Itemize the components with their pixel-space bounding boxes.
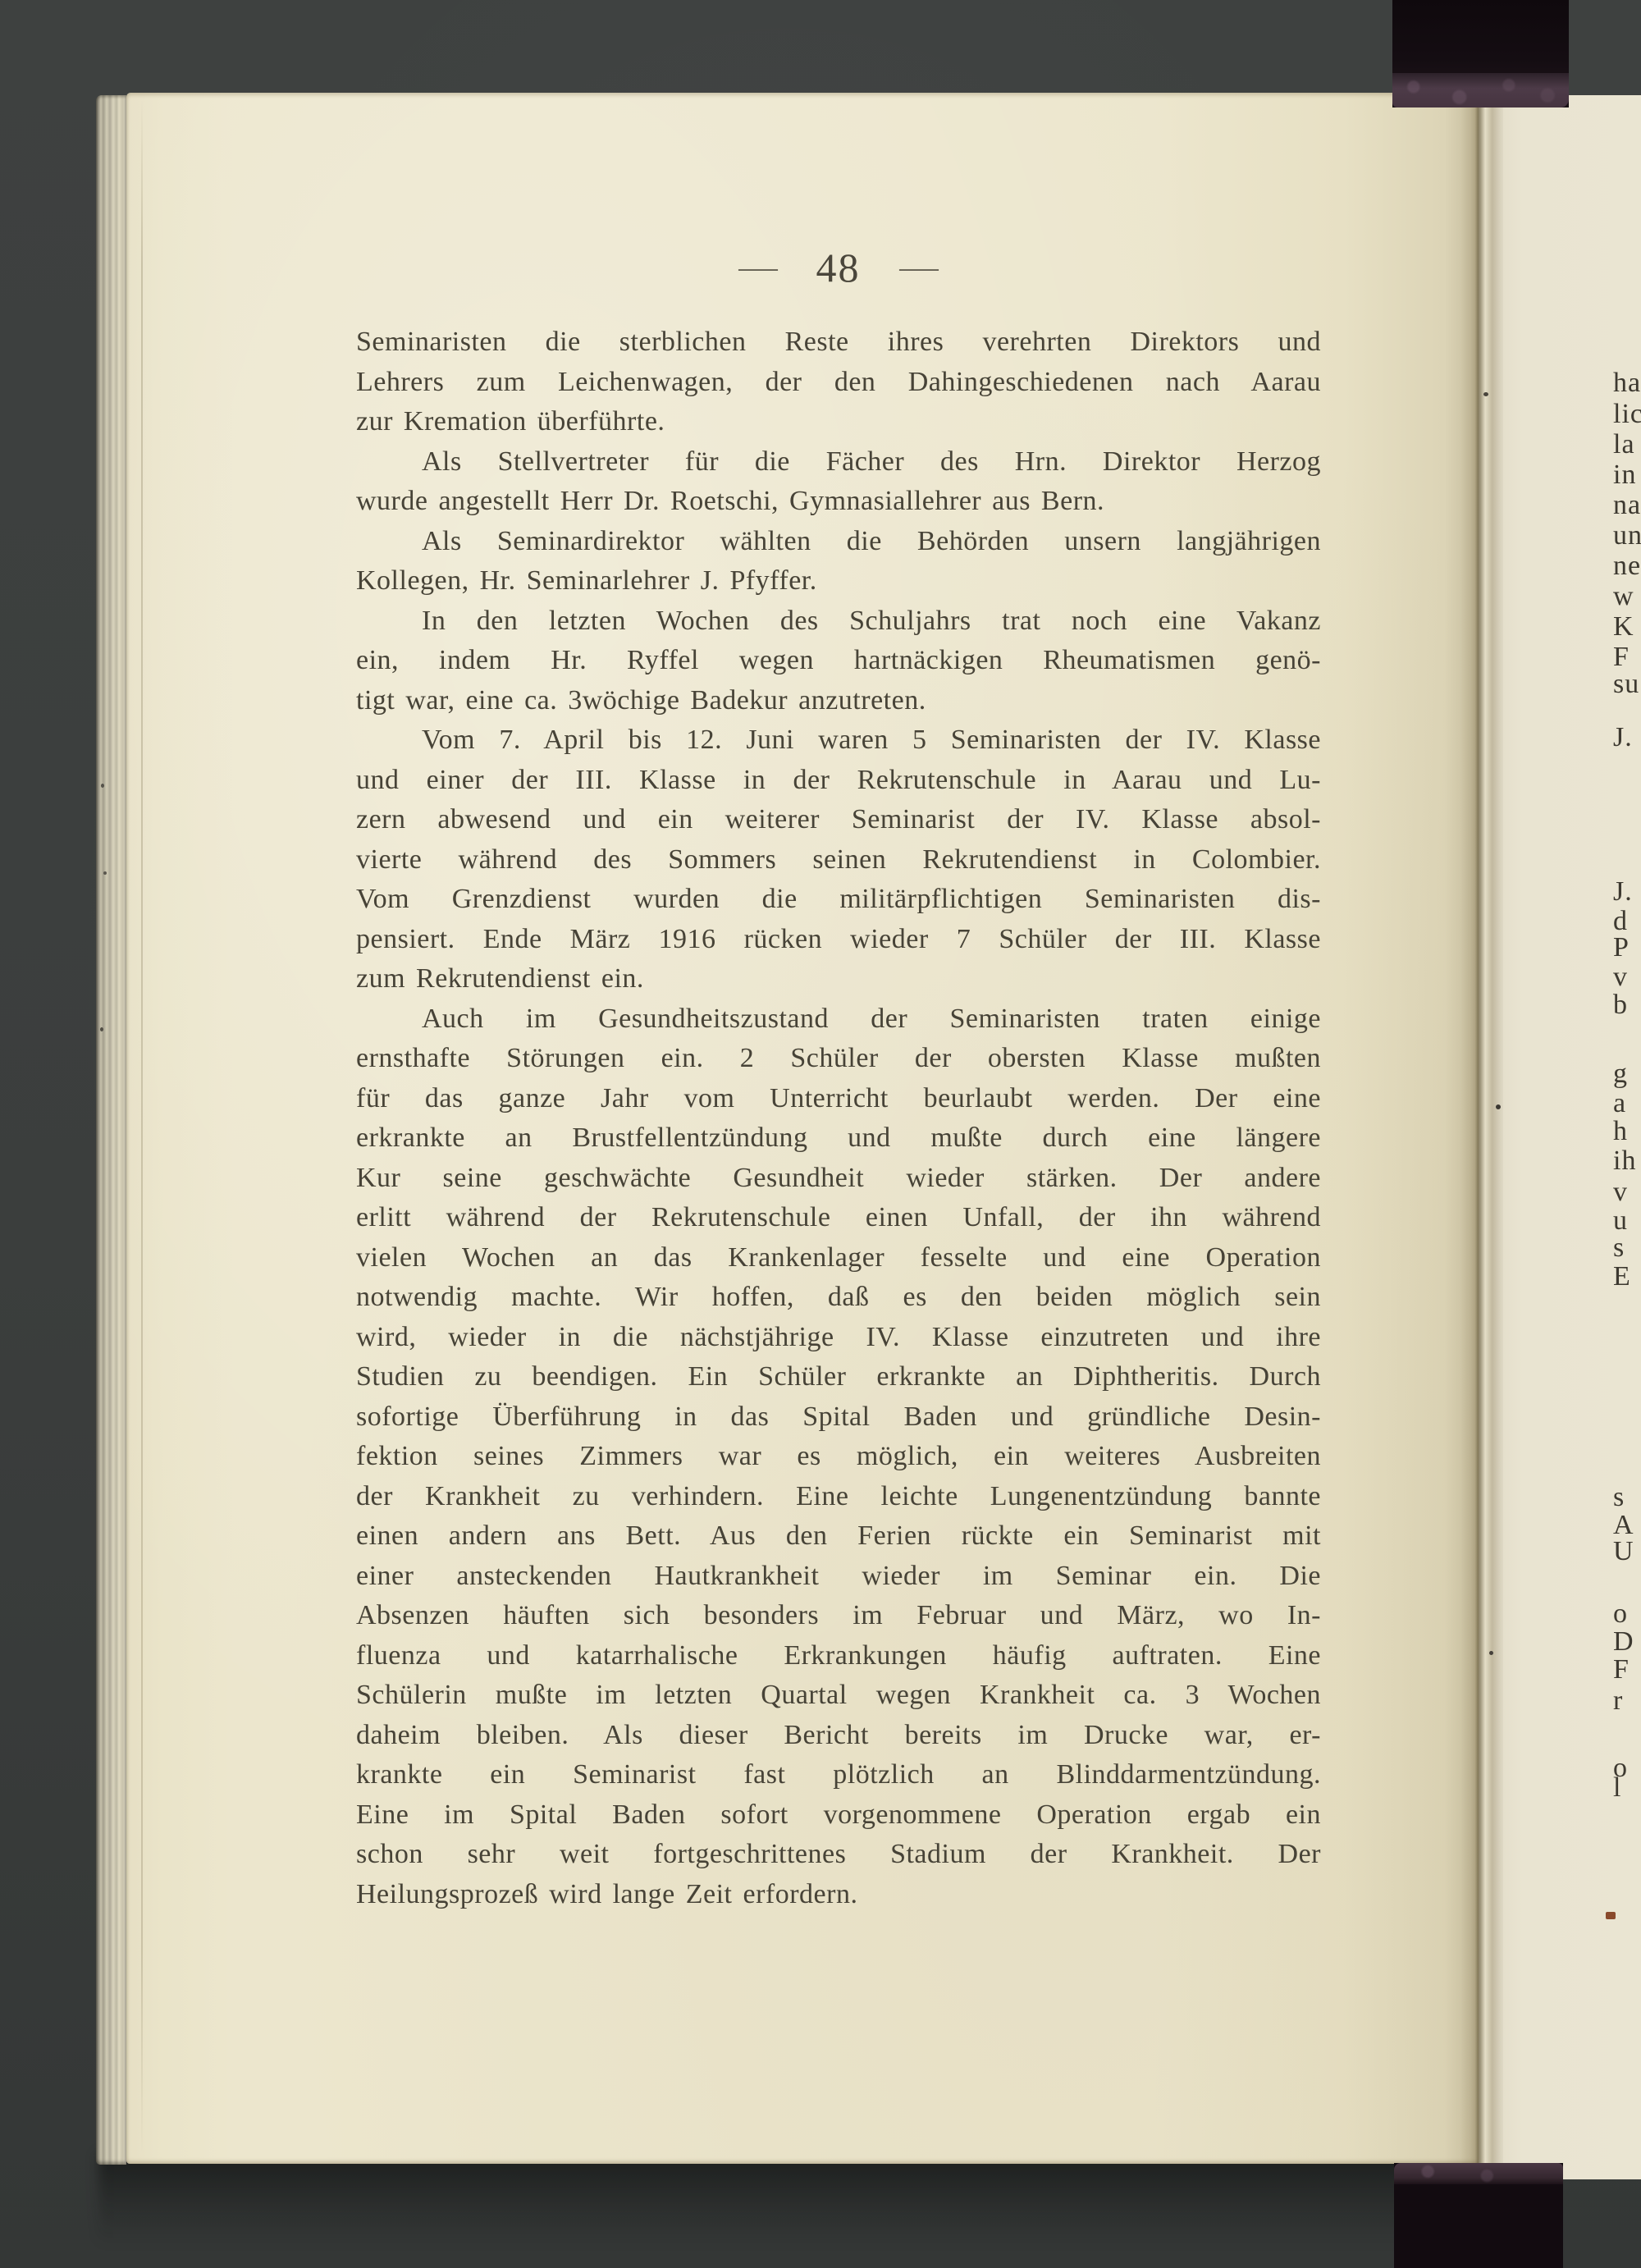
right-page-text-fragment: J. <box>1613 722 1633 753</box>
body-text-line: Lehrers zum Leichenwagen, der den Dahing… <box>356 363 1321 403</box>
right-page-text-fragment: v <box>1613 962 1628 993</box>
right-page-text-fragment: l <box>1613 1772 1621 1804</box>
paper-speck <box>1496 1104 1501 1109</box>
body-text-line: für das ganze Jahr vom Unterricht beurla… <box>356 1079 1321 1119</box>
right-page-text-fragment: su <box>1613 669 1639 700</box>
body-text-line: In den letzten Wochen des Schuljahrs tra… <box>356 601 1321 642</box>
body-text-line: Als Seminardirektor wählten die Behörden… <box>356 522 1321 562</box>
body-text-line: zum Rekrutendienst ein. <box>356 959 1321 999</box>
right-page-text-fragment: E <box>1613 1261 1631 1292</box>
body-text-line: erkrankte an Brustfellentzündung und muß… <box>356 1118 1321 1159</box>
paper-speck <box>103 871 107 875</box>
body-text-line: daheim bleiben. Als dieser Bericht berei… <box>356 1716 1321 1756</box>
right-page-text-fragment: U <box>1613 1536 1634 1567</box>
right-page-text-fragment: F <box>1613 1654 1630 1685</box>
paper-speck <box>100 1027 103 1031</box>
right-page-text-fragment: o <box>1613 1598 1628 1630</box>
right-page-text-fragment: ne <box>1613 551 1641 582</box>
page-header: — 48 — <box>356 239 1320 296</box>
book-cover-bottom <box>1394 2163 1563 2268</box>
gutter-crease <box>1460 93 1503 2167</box>
body-text-line: ein, indem Hr. Ryffel wegen hartnäckigen… <box>356 641 1321 681</box>
body-text-line: Absenzen häuften sich besonders im Febru… <box>356 1596 1321 1636</box>
paper-speck-red <box>1606 1912 1616 1919</box>
right-page-text-fragment: K <box>1613 611 1634 642</box>
body-text-line: vierte während des Sommers seinen Rekrut… <box>356 840 1321 880</box>
body-text-line: sofortige Überführung in das Spital Bade… <box>356 1397 1321 1438</box>
body-text-line: einen andern ans Bett. Aus den Ferien rü… <box>356 1516 1321 1557</box>
paper-speck <box>1489 1651 1493 1655</box>
right-page-text-fragment: s <box>1613 1482 1625 1513</box>
right-page-text-fragment: w <box>1613 581 1634 612</box>
body-text-line: der Krankheit zu verhindern. Eine leicht… <box>356 1477 1321 1517</box>
body-text-line: und einer der III. Klasse in der Rekrute… <box>356 761 1321 801</box>
right-page-text-fragment: ih <box>1613 1145 1636 1177</box>
paper-speck <box>101 784 104 788</box>
body-text-line: Als Stellvertreter für die Fächer des Hr… <box>356 442 1321 482</box>
body-text-line: Kur seine geschwächte Gesundheit wieder … <box>356 1159 1321 1199</box>
right-page-text-fragment: v <box>1613 1177 1628 1208</box>
right-page-text-fragment: D <box>1613 1626 1634 1658</box>
right-page-text-fragment: s <box>1613 1232 1625 1264</box>
body-text-line: zur Kremation überführte. <box>356 402 1321 442</box>
body-text-line: Schülerin mußte im letzten Quartal wegen… <box>356 1676 1321 1716</box>
book-cover-top <box>1392 0 1569 107</box>
right-page-text-fragment: un <box>1613 520 1641 551</box>
book-scan: haliclainnaunnewKFsuJ.J.dPvbgahihvusEsAU… <box>0 0 1641 2268</box>
book-cover-top-band <box>1392 73 1569 107</box>
right-page-text-fragment: in <box>1613 460 1636 491</box>
body-text-line: Vom Grenzdienst wurden die militärpflich… <box>356 880 1321 920</box>
body-text-line: vielen Wochen an das Krankenlager fessel… <box>356 1238 1321 1278</box>
header-dash-right: — <box>899 249 939 286</box>
book-shadow <box>98 2155 1534 2245</box>
body-text-line: Seminaristen die sterblichen Reste ihres… <box>356 322 1321 363</box>
header-dash-left: — <box>738 249 778 286</box>
right-page-text-fragment: g <box>1613 1059 1628 1090</box>
book-cover-bottom-band <box>1394 2163 1563 2184</box>
body-text-line: wird, wieder in die nächstjährige IV. Kl… <box>356 1318 1321 1358</box>
body-text-line: erlitt während der Rekrutenschule einen … <box>356 1198 1321 1238</box>
paper-speck <box>1483 392 1488 396</box>
body-text-line: Auch im Gesundheitszustand der Seminaris… <box>356 999 1321 1040</box>
body-text-line: schon sehr weit fortgeschrittenes Stadiu… <box>356 1835 1321 1875</box>
right-page-text-fragment: la <box>1613 429 1635 460</box>
body-text-line: wurde angestellt Herr Dr. Roetschi, Gymn… <box>356 482 1321 522</box>
body-text-line: pensiert. Ende März 1916 rücken wieder 7… <box>356 920 1321 960</box>
right-page-text-fragment: P <box>1613 932 1630 963</box>
page-number: 48 <box>816 244 861 291</box>
body-text-line: krankte ein Seminarist fast plötzlich an… <box>356 1755 1321 1795</box>
body-text-line: Vom 7. April bis 12. Juni waren 5 Semina… <box>356 720 1321 761</box>
body-text-line: Eine im Spital Baden sofort vorgenommene… <box>356 1795 1321 1836</box>
body-text-line: notwendig machte. Wir hoffen, daß es den… <box>356 1278 1321 1318</box>
body-text: Seminaristen die sterblichen Reste ihres… <box>356 322 1321 1914</box>
right-page-text-fragment: ha <box>1613 368 1641 399</box>
body-text-line: Heilungsprozeß wird lange Zeit erfordern… <box>356 1875 1321 1915</box>
page-edge-line <box>141 99 143 2154</box>
body-text-line: Kollegen, Hr. Seminarlehrer J. Pfyffer. <box>356 561 1321 601</box>
right-page-text-fragment: na <box>1613 490 1641 521</box>
body-text-line: ernsthafte Störungen ein. 2 Schüler der … <box>356 1039 1321 1079</box>
body-text-line: fektion seines Zimmers war es möglich, e… <box>356 1437 1321 1477</box>
right-page-text-fragment: a <box>1613 1088 1626 1119</box>
body-text-line: Studien zu beendigen. Ein Schüler erkran… <box>356 1357 1321 1397</box>
right-page-text-fragment: lic <box>1613 399 1641 430</box>
body-text-line: tigt war, eine ca. 3wöchige Badekur anzu… <box>356 681 1321 721</box>
body-text-line: fluenza und katarrhalische Erkrankungen … <box>356 1636 1321 1676</box>
right-page-text-fragment: h <box>1613 1116 1628 1147</box>
right-page-text-fragment: b <box>1613 990 1628 1021</box>
left-page: — 48 — Seminaristen die sterblichen Rest… <box>126 93 1479 2164</box>
right-page-text-fragment: J. <box>1613 876 1633 908</box>
body-text-line: zern abwesend und ein weiterer Seminaris… <box>356 800 1321 840</box>
page-stack-edge <box>96 95 126 2165</box>
right-page-text-fragment: r <box>1613 1685 1623 1717</box>
body-text-line: einer ansteckenden Hautkrankheit wieder … <box>356 1557 1321 1597</box>
